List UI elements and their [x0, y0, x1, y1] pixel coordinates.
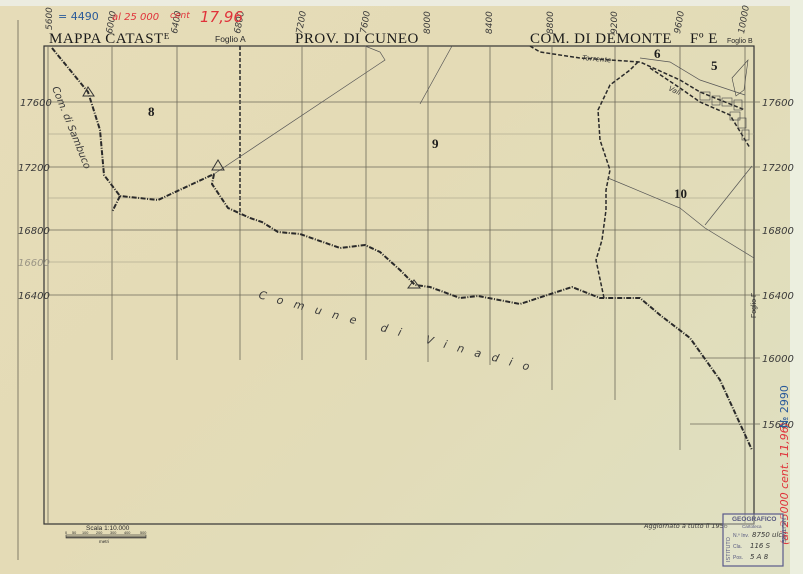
svg-text:ISTITUTO: ISTITUTO [726, 536, 732, 562]
annotation-red-scale: al 25 000 [112, 12, 159, 23]
svg-text:17200: 17200 [762, 163, 794, 174]
annotation-blue-number: = 4490 [58, 10, 99, 23]
parcel-9: 9 [432, 136, 439, 151]
updated-note: Aggiornato a tutto il 1956 [643, 522, 728, 530]
sheet-id: Fº E [690, 31, 718, 47]
parcel-5: 5 [711, 58, 718, 73]
vinadio-boundary [212, 174, 752, 450]
sambuco-boundary [52, 48, 214, 200]
svg-text:Cartoteca: Cartoteca [742, 524, 762, 529]
annotation-red-cent-value: 17,96 [200, 8, 243, 26]
label-foglio-b: Foglio B [727, 38, 753, 45]
river-bank-upper [530, 46, 745, 110]
svg-text:16400: 16400 [18, 291, 50, 302]
svg-text:9600: 9600 [673, 10, 687, 35]
label-torrente: Torrente [582, 54, 612, 65]
svg-text:300: 300 [110, 531, 116, 535]
parcel-6: 6 [654, 46, 661, 61]
svg-text:50: 50 [72, 531, 76, 535]
svg-text:16000: 16000 [762, 354, 794, 365]
svg-text:5600: 5600 [45, 7, 55, 30]
svg-text:N.º Inv.: N.º Inv. [733, 533, 749, 539]
svg-text:16600: 16600 [18, 258, 50, 269]
scale-bar: Scala 1:10.000 0 50 100 200 300 400 500 … [65, 525, 146, 544]
svg-text:Cla.: Cla. [733, 544, 742, 550]
svg-text:0: 0 [65, 531, 67, 535]
village-blocks [700, 60, 749, 140]
grid-vertical [112, 46, 745, 524]
parcel-10: 10 [674, 186, 687, 201]
svg-text:116 S: 116 S [750, 542, 771, 550]
svg-text:17600: 17600 [762, 98, 794, 109]
svg-text:metri: metri [99, 539, 109, 544]
svg-text:400: 400 [124, 531, 130, 535]
svg-text:8750 ulc: 8750 ulc [752, 531, 782, 539]
svg-text:16800: 16800 [762, 226, 794, 237]
cadastral-map-sheet: MAPPA CATASTᴱ Foglio A PROV. DI CUNEO CO… [0, 0, 803, 574]
svg-text:8000: 8000 [423, 11, 433, 34]
svg-text:200: 200 [96, 531, 102, 535]
annotation-right-blue: № 2990 [778, 385, 791, 428]
label-vinadio: Comune di Vinadio [257, 288, 541, 376]
archive-stamp: ISTITUTO MILITARE GEOGRAFICO Cartoteca N… [723, 514, 786, 566]
svg-text:16400: 16400 [762, 291, 794, 302]
label-foglio-f: Foglio F [751, 293, 758, 318]
svg-text:8400: 8400 [485, 11, 495, 34]
svg-text:Pos.: Pos. [733, 555, 743, 561]
svg-text:5 A 8: 5 A 8 [750, 553, 769, 561]
demonte-internal-boundary [596, 62, 638, 298]
svg-text:500: 500 [140, 531, 146, 535]
grid-horizontal [48, 102, 760, 424]
svg-text:10000: 10000 [737, 4, 752, 34]
parcel-8: 8 [148, 104, 155, 119]
title-province: PROV. DI CUNEO [295, 31, 419, 47]
svg-text:GEOGRAFICO: GEOGRAFICO [732, 516, 776, 523]
svg-text:16800: 16800 [18, 226, 50, 237]
y-axis-ticks-left: 17600 17200 16800 16600 16400 [18, 98, 52, 302]
svg-text:100: 100 [82, 531, 88, 535]
svg-text:8800: 8800 [546, 11, 556, 34]
y-axis-ticks-right: 17600 17200 16800 16400 16000 15600 [762, 98, 794, 431]
annotation-red-cent-label: cent [170, 11, 190, 21]
label-sambuco: Com. di Sambuco [49, 85, 92, 171]
svg-text:17600: 17600 [20, 98, 52, 109]
label-foglio-a: Foglio A [215, 34, 246, 44]
svg-text:9200: 9200 [610, 11, 620, 34]
map-canvas: MAPPA CATASTᴱ Foglio A PROV. DI CUNEO CO… [0, 0, 803, 574]
svg-text:17200: 17200 [18, 163, 50, 174]
